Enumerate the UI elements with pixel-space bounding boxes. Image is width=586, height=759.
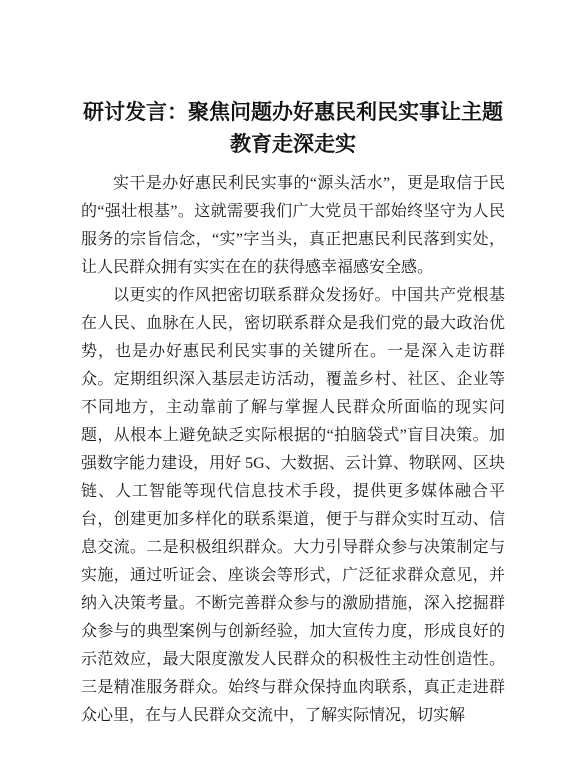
document-page: 研讨发言：聚焦问题办好惠民利民实事让主题教育走深走实 实干是办好惠民利民实事的“…: [0, 0, 586, 759]
document-title: 研讨发言：聚焦问题办好惠民利民实事让主题教育走深走实: [81, 96, 505, 160]
paragraph-body: 以更实的作风把密切联系群众发扬好。中国共产党根基在人民、血脉在人民，密切联系群众…: [81, 282, 505, 730]
paragraph-intro: 实干是办好惠民利民实事的“源头活水”，更是取信于民的“强壮根基”。这就需要我们广…: [81, 170, 505, 282]
